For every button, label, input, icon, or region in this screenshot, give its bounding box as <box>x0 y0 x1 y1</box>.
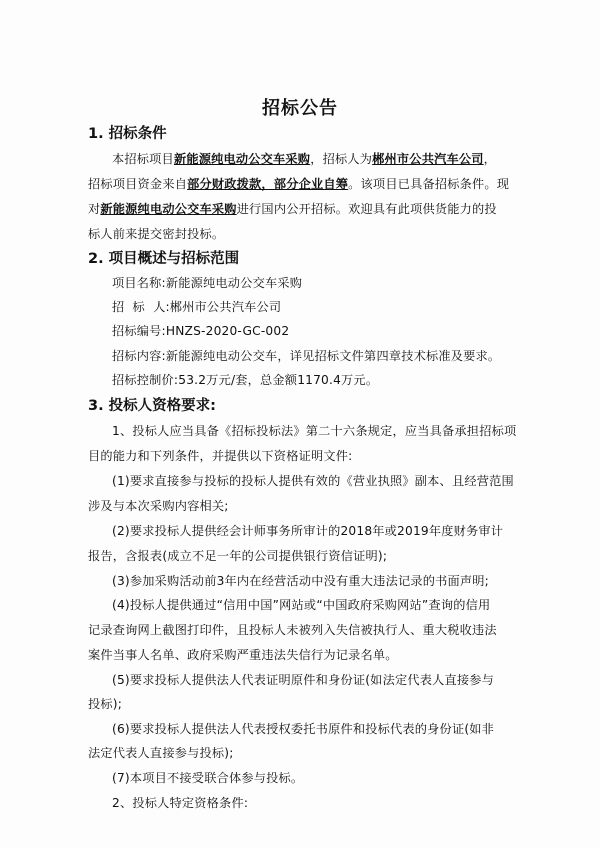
section-1-line-4: 标人前来提交密封投标。 <box>88 225 224 242</box>
text: 对 <box>88 202 100 216</box>
qualification-line: 报告，含报表(成立不足一年的公司提供银行资信证明); <box>88 547 387 564</box>
qualification-line: 目的能力和下列条件，并提供以下资格证明文件: <box>88 447 352 464</box>
page-title: 招标公告 <box>0 94 600 120</box>
qualification-line: (6)要求投标人提供法人代表授权委托书原件和投标代表的身份证(如非 <box>112 720 494 737</box>
project-name-item: 项目名称:新能源纯电动公交车采购 <box>112 274 302 291</box>
section-1-line-1: 本招标项目新能源纯电动公交车采购，招标人为郴州市公共汽车公司， <box>112 150 496 167</box>
text: 本招标项目 <box>112 152 174 166</box>
project-name-underlined: 新能源纯电动公交车采购 <box>100 202 236 216</box>
qualification-line: (7)本项目不接受联合体参与投标。 <box>112 769 303 786</box>
qualification-line: 2、投标人特定资格条件: <box>112 794 248 811</box>
text: ， <box>484 152 496 166</box>
qualification-line: 涉及与本次采购内容相关; <box>88 497 229 514</box>
qualification-line: 案件当事人名单、政府采购严重违法失信行为记录名单。 <box>88 646 398 663</box>
qualification-line: (5)要求投标人提供法人代表证明原件和身份证(如法定代表人直接参与 <box>112 671 494 688</box>
tender-content-item: 招标内容:新能源纯电动公交车，详见招标文件第四章技术标准及要求。 <box>112 347 500 364</box>
funding-underlined: 部分财政拨款，部分企业自筹 <box>187 177 348 191</box>
control-price-item: 招标控制价:53.2万元/套，总金额1170.4万元。 <box>112 371 378 388</box>
section-1-heading: 1. 招标条件 <box>88 122 167 143</box>
qualification-line: 投标); <box>88 695 122 712</box>
tenderer-underlined: 郴州市公共汽车公司 <box>372 152 484 166</box>
text: 招标项目资金来自 <box>88 177 187 191</box>
project-name-underlined: 新能源纯电动公交车采购 <box>174 152 310 166</box>
section-1-line-3: 对新能源纯电动公交车采购进行国内公开招标。欢迎具有此项供货能力的投 <box>88 200 497 217</box>
text: 。该项目已具备招标条件。现 <box>348 177 509 191</box>
section-1-line-2: 招标项目资金来自部分财政拨款，部分企业自筹。该项目已具备招标条件。现 <box>88 175 509 192</box>
text: ，招标人为 <box>310 152 372 166</box>
tender-number-item: 招标编号:HNZS-2020-GC-002 <box>112 322 289 339</box>
tenderer-item: 招 标 人:郴州市公共汽车公司 <box>112 298 281 315</box>
qualification-line: 记录查询网上截图打印件，且投标人未被列入失信被执行人、重大税收违法 <box>88 621 497 638</box>
qualification-line: (4)投标人提供通过“信用中国”网站或“中国政府采购网站”查询的信用 <box>112 596 490 613</box>
section-3-heading: 3. 投标人资格要求: <box>88 394 216 415</box>
qualification-line: (2)要求投标人提供经会计师事务所审计的2018年或2019年度财务审计 <box>112 522 503 539</box>
qualification-line: (1)要求直接参与投标的投标人提供有效的《营业执照》副本、且经营范围 <box>112 472 514 489</box>
qualification-line: 法定代表人直接参与投标); <box>88 744 234 761</box>
document-page: 招标公告 1. 招标条件 本招标项目新能源纯电动公交车采购，招标人为郴州市公共汽… <box>0 0 600 848</box>
qualification-line: (3)参加采购活动前3年内在经营活动中没有重大违法记录的书面声明; <box>112 572 489 589</box>
qualification-line: 1、投标人应当具备《招标投标法》第二十六条规定，应当具备承担招标项 <box>112 422 516 439</box>
section-2-heading: 2. 项目概述与招标范围 <box>88 247 239 268</box>
text: 进行国内公开招标。欢迎具有此项供货能力的投 <box>237 202 497 216</box>
